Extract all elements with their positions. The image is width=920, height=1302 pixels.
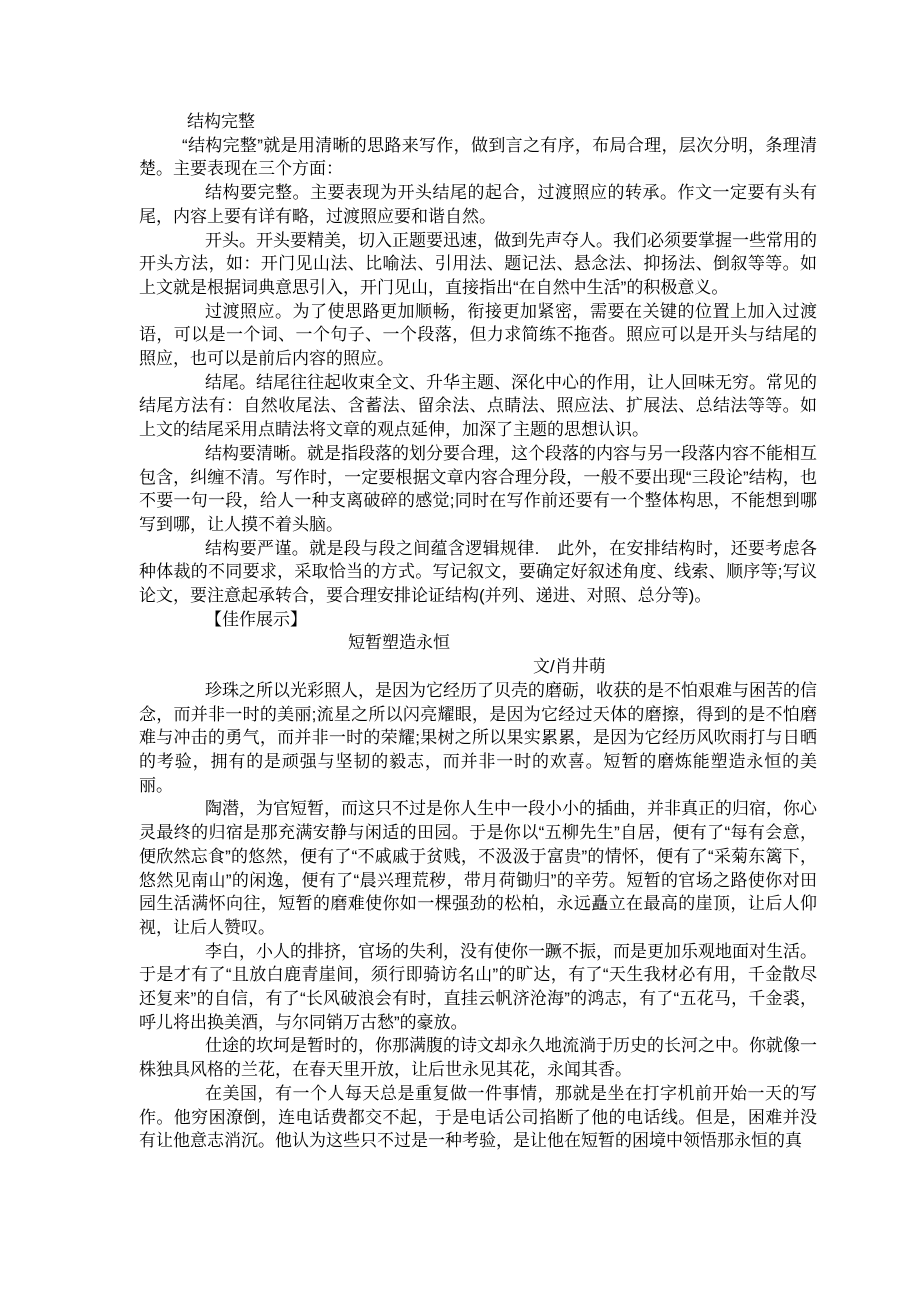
- document-title: 结构完整: [139, 110, 817, 134]
- paragraph: 结尾。结尾往往起收束全文、升华主题、深化中心的作用，让人回味无穷。常见的结尾方法…: [139, 371, 817, 442]
- essay-author: 文/肖井萌: [139, 655, 817, 679]
- paragraph: 过渡照应。为了使思路更加顺畅，衔接更加紧密，需要在关键的位置上加入过渡语，可以是…: [139, 300, 817, 371]
- paragraph: “结构完整”就是用清晰的思路来写作，做到言之有序，布局合理，层次分明，条理清楚。…: [139, 134, 817, 181]
- essay-title: 短暂塑造永恒: [139, 631, 817, 655]
- paragraph: 结构要完整。主要表现为开头结尾的起合，过渡照应的转承。作文一定要有头有尾，内容上…: [139, 181, 817, 228]
- paragraph: 在美国，有一个人每天总是重复做一件事情，那就是坐在打字机前开始一天的写作。他穷困…: [139, 1082, 817, 1153]
- paragraph: 李白，小人的排挤，官场的失利，没有使你一蹶不振，而是更加乐观地面对生活。于是才有…: [139, 940, 817, 1035]
- paragraph: 仕途的坎坷是暂时的，你那满腹的诗文却永久地流淌于历史的长河之中。你就像一株独具风…: [139, 1034, 817, 1081]
- paragraph: 结构要严谨。就是段与段之间蕴含逻辑规律. 此外，在安排结构时，还要考虑各种体裁的…: [139, 537, 817, 608]
- document-page: 结构完整“结构完整”就是用清晰的思路来写作，做到言之有序，布局合理，层次分明，条…: [0, 0, 920, 1302]
- paragraph: 开头。开头要精美，切入正题要迅速，做到先声夺人。我们必须要掌握一些常用的开头方法…: [139, 229, 817, 300]
- paragraph: 陶潜，为官短暂，而这只不过是你人生中一段小小的插曲，并非真正的归宿，你心灵最终的…: [139, 797, 817, 939]
- document-body: 结构完整“结构完整”就是用清晰的思路来写作，做到言之有序，布局合理，层次分明，条…: [139, 110, 817, 1153]
- paragraph: 珍珠之所以光彩照人，是因为它经历了贝壳的磨砺，收获的是不怕艰难与困苦的信念，而并…: [139, 679, 817, 798]
- paragraph: 结构要清晰。就是指段落的划分要合理，这个段落的内容与另一段落内容不能相互包含，纠…: [139, 442, 817, 537]
- section-heading: 【佳作展示】: [139, 608, 817, 632]
